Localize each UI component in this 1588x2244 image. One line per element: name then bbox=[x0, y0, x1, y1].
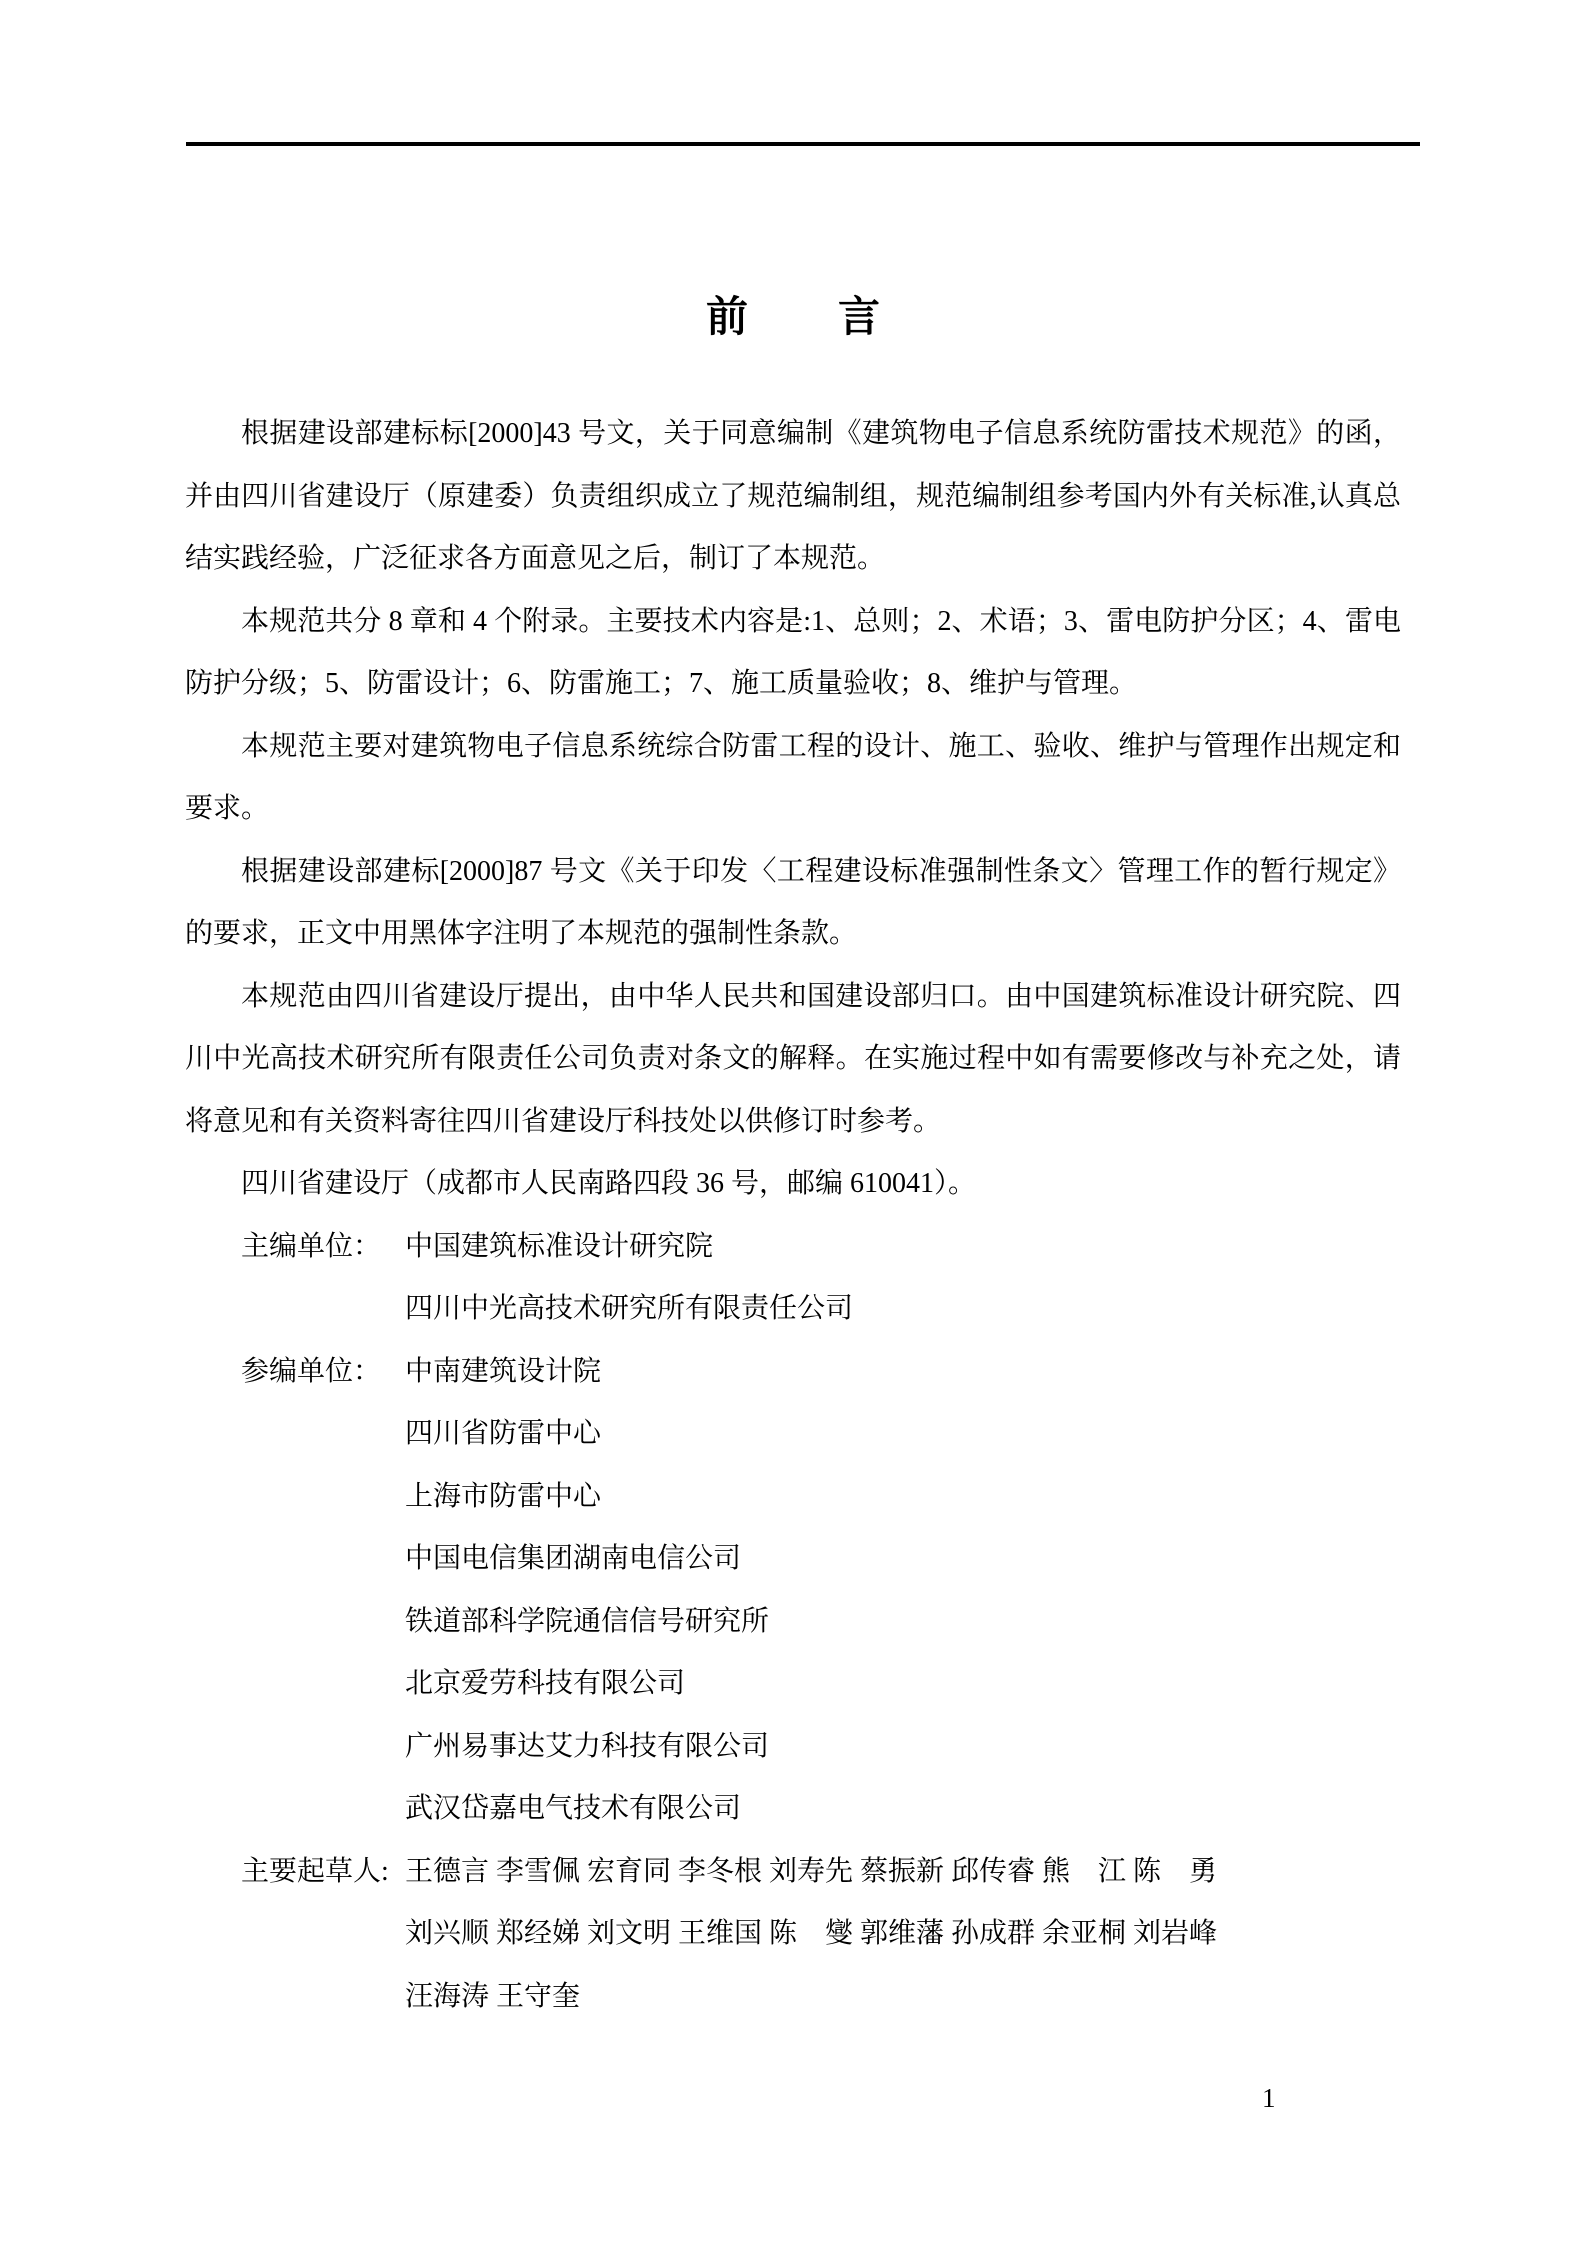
paragraph-mandatory-clauses: 根据建设部建标[2000]87 号文《关于印发〈工程建设标准强制性条文〉管理工作… bbox=[185, 841, 1401, 966]
credit-label-spacer bbox=[241, 1716, 405, 1779]
credit-label-spacer bbox=[241, 1466, 405, 1529]
participant-row: 武汉岱嘉电气技术有限公司 bbox=[241, 1778, 1401, 1841]
participating-unit: 中南建筑设计院 bbox=[405, 1341, 1401, 1404]
chief-editor-row: 主编单位： 中国建筑标准设计研究院 bbox=[241, 1216, 1401, 1279]
document-body: 根据建设部建标标[2000]43 号文，关于同意编制《建筑物电子信息系统防雷技术… bbox=[185, 403, 1401, 2028]
credit-label-spacer bbox=[241, 1403, 405, 1466]
credit-label-spacer bbox=[241, 1966, 405, 2029]
chief-editor-unit: 中国建筑标准设计研究院 bbox=[405, 1216, 1401, 1279]
participating-unit: 中国电信集团湖南电信公司 bbox=[405, 1528, 1401, 1591]
participant-row: 四川省防雷中心 bbox=[241, 1403, 1401, 1466]
participant-row: 北京爱劳科技有限公司 bbox=[241, 1653, 1401, 1716]
paragraph-contents: 本规范共分 8 章和 4 个附录。主要技术内容是:1、总则；2、术语；3、雷电防… bbox=[185, 591, 1401, 716]
drafters-row: 刘兴顺 郑经娣 刘文明 王维国 陈 燮 郭维藩 孙成群 余亚桐 刘岩峰 bbox=[241, 1903, 1401, 1966]
page-title: 前 言 bbox=[0, 294, 1588, 340]
participant-row: 上海市防雷中心 bbox=[241, 1466, 1401, 1529]
participant-row: 中国电信集团湖南电信公司 bbox=[241, 1528, 1401, 1591]
document-page: 前 言 根据建设部建标标[2000]43 号文，关于同意编制《建筑物电子信息系统… bbox=[0, 0, 1588, 2244]
page-number: 1 bbox=[1262, 2082, 1276, 2114]
drafters-label: 主要起草人: bbox=[241, 1841, 405, 1904]
paragraph-address: 四川省建设厅（成都市人民南路四段 36 号，邮编 610041）。 bbox=[185, 1153, 1401, 1216]
credit-label-spacer bbox=[241, 1591, 405, 1654]
chief-editor-unit: 四川中光高技术研究所有限责任公司 bbox=[405, 1278, 1401, 1341]
credit-label-spacer bbox=[241, 1528, 405, 1591]
drafters-row: 主要起草人: 王德言 李雪佩 宏育同 李冬根 刘寿先 蔡振新 邱传睿 熊 江 陈… bbox=[241, 1841, 1401, 1904]
participating-unit: 上海市防雷中心 bbox=[405, 1466, 1401, 1529]
drafter-names-line: 王德言 李雪佩 宏育同 李冬根 刘寿先 蔡振新 邱传睿 熊 江 陈 勇 bbox=[405, 1841, 1401, 1904]
participating-unit: 四川省防雷中心 bbox=[405, 1403, 1401, 1466]
paragraph-scope: 本规范主要对建筑物电子信息系统综合防雷工程的设计、施工、验收、维护与管理作出规定… bbox=[185, 716, 1401, 841]
participating-unit: 广州易事达艾力科技有限公司 bbox=[405, 1716, 1401, 1779]
participant-row: 广州易事达艾力科技有限公司 bbox=[241, 1716, 1401, 1779]
drafter-names-line: 刘兴顺 郑经娣 刘文明 王维国 陈 燮 郭维藩 孙成群 余亚桐 刘岩峰 bbox=[405, 1903, 1401, 1966]
participant-row: 参编单位： 中南建筑设计院 bbox=[241, 1341, 1401, 1404]
chief-editor-label: 主编单位： bbox=[241, 1216, 405, 1279]
participant-row: 铁道部科学院通信信号研究所 bbox=[241, 1591, 1401, 1654]
participating-unit: 武汉岱嘉电气技术有限公司 bbox=[405, 1778, 1401, 1841]
drafter-names-line: 汪海涛 王守奎 bbox=[405, 1966, 1401, 2029]
chief-editor-row: 四川中光高技术研究所有限责任公司 bbox=[241, 1278, 1401, 1341]
participating-unit: 北京爱劳科技有限公司 bbox=[405, 1653, 1401, 1716]
header-divider-rule bbox=[186, 142, 1420, 146]
credit-label-spacer bbox=[241, 1778, 405, 1841]
credit-label-spacer bbox=[241, 1653, 405, 1716]
credit-label-spacer bbox=[241, 1903, 405, 1966]
participant-label: 参编单位： bbox=[241, 1341, 405, 1404]
drafters-row: 汪海涛 王守奎 bbox=[241, 1966, 1401, 2029]
participating-unit: 铁道部科学院通信信号研究所 bbox=[405, 1591, 1401, 1654]
paragraph-basis: 根据建设部建标标[2000]43 号文，关于同意编制《建筑物电子信息系统防雷技术… bbox=[185, 403, 1401, 591]
credit-label-spacer bbox=[241, 1278, 405, 1341]
paragraph-interpretation: 本规范由四川省建设厅提出，由中华人民共和国建设部归口。由中国建筑标准设计研究院、… bbox=[185, 966, 1401, 1154]
